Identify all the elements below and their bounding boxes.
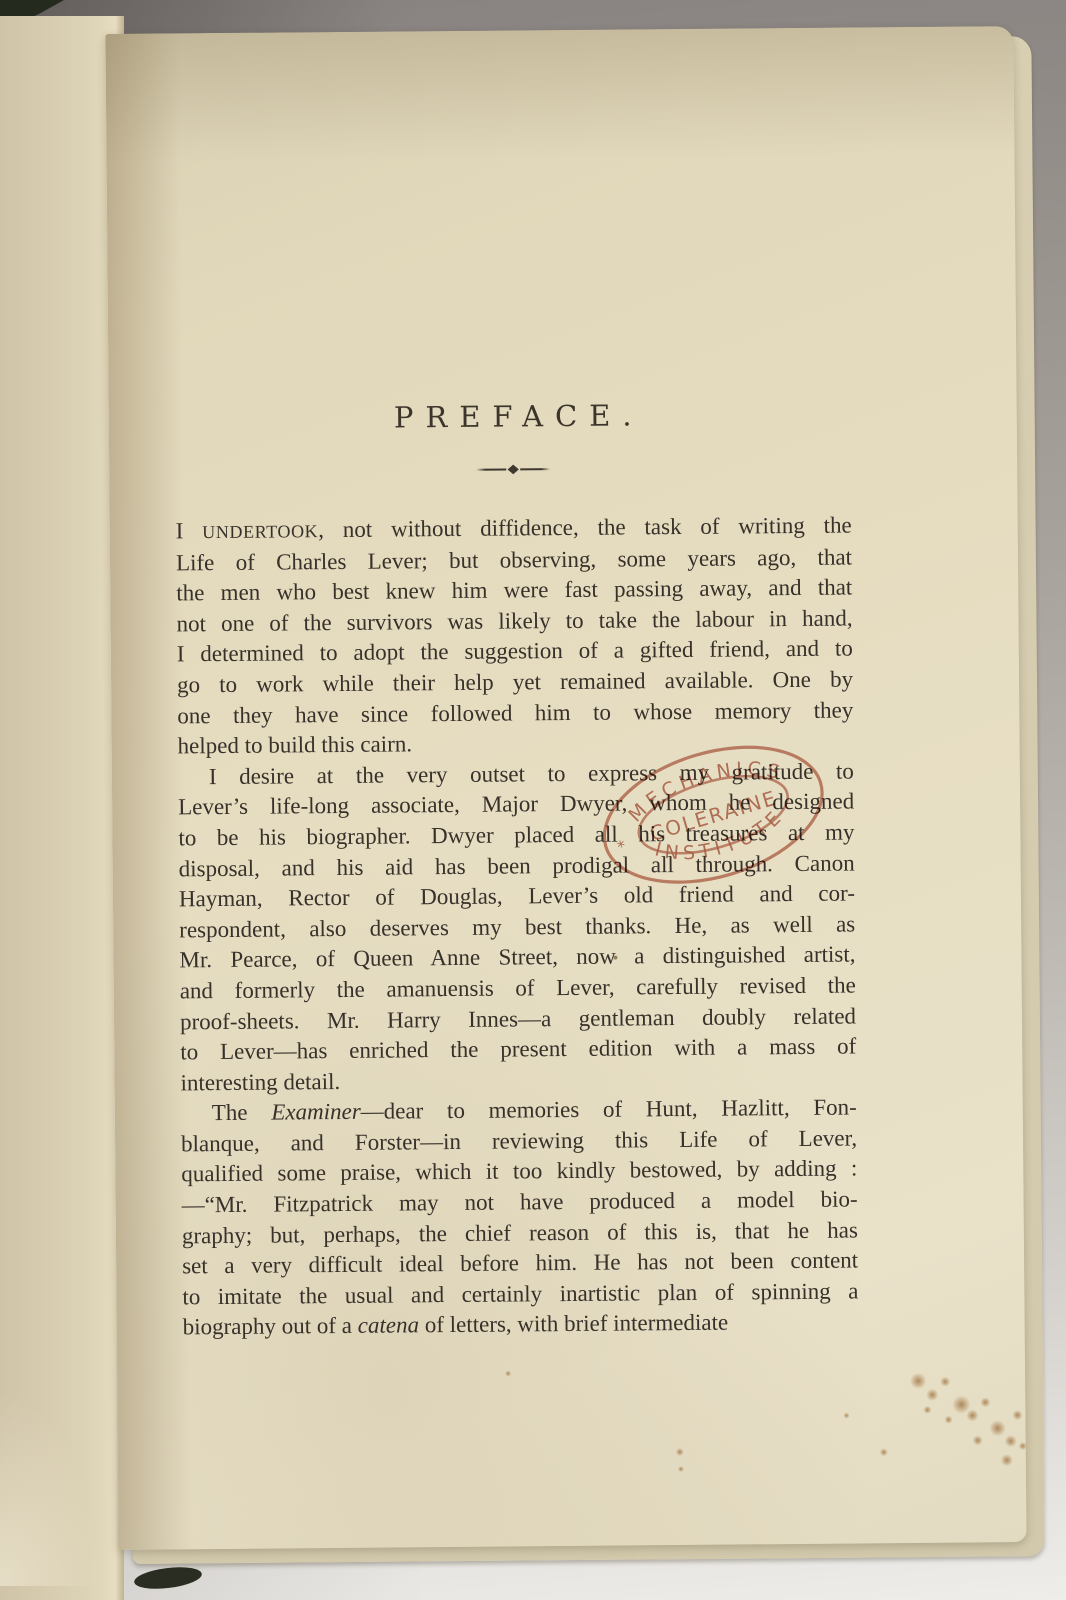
- foxing-stain: [910, 1373, 926, 1389]
- text-segment: and formerly the amanuensis of Lever, ca…: [180, 972, 856, 1003]
- foxing-stain: [678, 1466, 684, 1472]
- text-segment: Examiner: [271, 1099, 361, 1125]
- divider-line-left: [476, 469, 506, 471]
- foxing-stain: [966, 1409, 978, 1421]
- diamond-ornament: [508, 465, 519, 475]
- foxing-stain: [940, 1377, 950, 1387]
- text-segment: disposal, and his aid has been prodigal …: [179, 850, 855, 881]
- text-segment: the men who best knew him were fast pass…: [176, 575, 852, 606]
- text-segment: Lever’s life-long associate, Major Dwyer…: [178, 789, 854, 820]
- text-segment: set a very difficult ideal before him. H…: [182, 1248, 858, 1279]
- text-segment: I: [176, 518, 203, 543]
- paragraph: The Examiner—dear to memories of Hunt, H…: [181, 1093, 859, 1344]
- text-segment: to be his biographer. Dwyer placed all h…: [178, 819, 854, 850]
- foxing-stain: [980, 1397, 990, 1407]
- text-segment: The: [212, 1100, 272, 1126]
- text-segment: I determined to adopt the suggestion of …: [177, 636, 853, 667]
- text-segment: undertook: [202, 521, 318, 542]
- text-segment: blanque, and Forster—in reviewing this L…: [181, 1125, 857, 1156]
- foxing-stain: [923, 1406, 931, 1414]
- book-cover-edge: [133, 1564, 203, 1592]
- text-segment: Life of Charles Lever; but observing, so…: [176, 544, 852, 575]
- paragraph: I desire at the very outset to express m…: [178, 756, 857, 1098]
- text-segment: Hayman, Rector of Douglas, Lever’s old f…: [179, 881, 855, 912]
- foxing-stain: [973, 1435, 983, 1445]
- text-segment: to Lever—has enriched the present editio…: [180, 1034, 856, 1065]
- text-segment: of letters, with brief intermediate: [419, 1310, 728, 1338]
- foxing-stain: [1001, 1454, 1013, 1466]
- page-title: PREFACE.: [175, 397, 851, 437]
- book-page: PREFACE. I undertook, not without diffid…: [105, 26, 1026, 1550]
- text-segment: interesting detail.: [180, 1069, 340, 1095]
- text-segment: catena: [358, 1313, 420, 1339]
- text-segment: biography out of a: [183, 1313, 358, 1340]
- foxing-stain: [1019, 1442, 1027, 1450]
- text-segment: Mr. Pearce, of Queen Anne Street, now a …: [179, 942, 855, 973]
- foxing-stain: [1005, 1435, 1017, 1447]
- section-divider: [175, 460, 851, 478]
- ink-speck: [613, 956, 617, 960]
- facing-page-gutter: [0, 16, 124, 1600]
- text-segment: not one of the survivors was likely to t…: [176, 605, 852, 636]
- text-segment: —“Mr. Fitzpatrick may not have produced …: [182, 1187, 858, 1218]
- text-line: one they have since followed him to whos…: [177, 695, 853, 731]
- text-segment: one they have since followed him to whos…: [177, 697, 853, 728]
- text-segment: I desire at the very outset to express m…: [209, 758, 854, 789]
- paragraph: I undertook, not without diffidence, the…: [176, 510, 854, 762]
- text-line: to Lever—has enriched the present editio…: [180, 1032, 856, 1068]
- text-segment: go to work while their help yet remained…: [177, 666, 853, 697]
- foxing-stains: [105, 26, 1013, 34]
- foxing-stain: [926, 1389, 938, 1401]
- foxing-stain: [944, 1416, 952, 1424]
- text-segment: , not without diffidence, the task of wr…: [318, 512, 852, 542]
- text-segment: —dear to memories of Hunt, Hazlitt, Fon-: [361, 1095, 857, 1124]
- text-line: to imitate the usual and certainly inart…: [182, 1276, 858, 1312]
- foxing-stain: [990, 1420, 1006, 1436]
- photo-backdrop: PREFACE. I undertook, not without diffid…: [0, 0, 1066, 1600]
- foxing-stain: [505, 1371, 511, 1377]
- foxing-stain: [880, 1448, 888, 1456]
- text-line: biography out of a catena of letters, wi…: [183, 1307, 859, 1343]
- foxing-stain: [1012, 1410, 1022, 1420]
- foxing-stain: [676, 1448, 684, 1456]
- text-block: I undertook, not without diffidence, the…: [176, 510, 859, 1343]
- foxing-stain: [843, 1413, 849, 1419]
- divider-line-right: [520, 468, 550, 470]
- text-segment: proof-sheets. Mr. Harry Innes—a gentlema…: [180, 1003, 856, 1034]
- text-segment: respondent, also deserves my best thanks…: [179, 911, 855, 942]
- text-segment: graphy; but, perhaps, the chief reason o…: [182, 1217, 858, 1248]
- text-segment: qualified some praise, which it too kind…: [181, 1156, 857, 1187]
- text-segment: helped to build this cairn.: [178, 731, 413, 758]
- text-segment: to imitate the usual and certainly inart…: [182, 1278, 858, 1309]
